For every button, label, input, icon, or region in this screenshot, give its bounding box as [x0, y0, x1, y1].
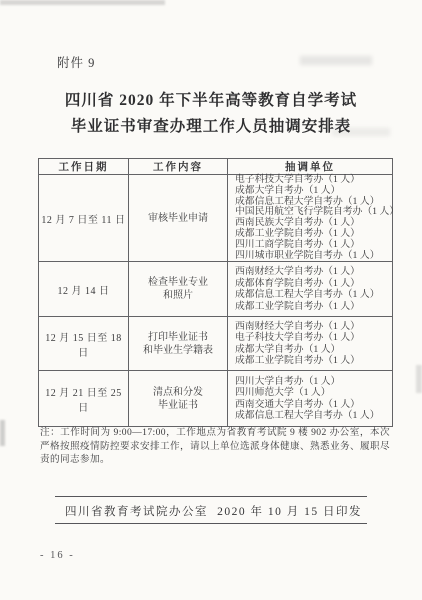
content-line: 审核毕业申请 [129, 212, 227, 225]
work-content-cell: 检查毕业专业和照片 [129, 262, 228, 317]
footer-rule-top [55, 496, 367, 497]
print-date: 2020 年 10 月 15 日印发 [217, 503, 362, 519]
header-work-content: 工作内容 [129, 159, 228, 175]
content-line: 毕业证书 [129, 399, 227, 412]
units-cell: 电子科技大学自考办（1 人）成都大学自考办（1 人）成都信息工程大学自考办（1 … [228, 175, 393, 262]
table-row: 12 月 7 日至 11 日 审核毕业申请 电子科技大学自考办（1 人）成都大学… [39, 175, 393, 262]
content-line: 和毕业生学籍表 [129, 344, 227, 357]
unit-line: 成都工业学院自考办（1 人） [235, 301, 392, 313]
content-line: 和照片 [129, 289, 227, 302]
unit-line: 西南交通大学自考办（1 人） [235, 399, 392, 411]
unit-line: 成都大学自考办（1 人） [235, 186, 392, 197]
content-line: 打印毕业证书 [129, 331, 227, 344]
issuer-name: 四川省教育考试院办公室 [65, 503, 208, 519]
content-line: 清点和分发 [129, 386, 227, 399]
table-row: 12 月 14 日 检查毕业专业和照片 西南财经大学自考办（1 人）成都体育学院… [39, 262, 393, 317]
scan-artifact [300, 56, 372, 65]
table-header-row: 工作日期 工作内容 抽调单位 [39, 159, 393, 175]
document-title: 四川省 2020 年下半年高等教育自学考试 毕业证书审查办理工作人员抽调安排表 [0, 88, 422, 140]
schedule-table: 工作日期 工作内容 抽调单位 12 月 7 日至 11 日 审核毕业申请 电子科… [38, 158, 393, 427]
unit-line: 成都体育学院自考办（1 人） [235, 278, 392, 290]
work-content-cell: 清点和分发毕业证书 [129, 371, 228, 427]
content-line: 检查毕业专业 [129, 276, 227, 289]
footer-rule-bottom [55, 523, 367, 524]
header-work-date: 工作日期 [39, 159, 129, 175]
title-line-2: 毕业证书审查办理工作人员抽调安排表 [0, 114, 422, 140]
note-text: 注：工作时间为 9:00—17:00，工作地点为省教育考试院 9 楼 902 办… [40, 426, 390, 467]
units-cell: 四川大学自考办（1 人）四川师范大学（1 人）西南交通大学自考办（1 人）成都信… [228, 371, 393, 427]
unit-line: 西南财经大学自考办（1 人） [235, 266, 392, 278]
unit-line: 四川城市职业学院自考办（1 人） [235, 251, 392, 262]
title-line-1: 四川省 2020 年下半年高等教育自学考试 [0, 88, 422, 114]
work-date-cell: 12 月 15 日至 18 日 [39, 317, 129, 371]
units-cell: 西南财经大学自考办（1 人）成都体育学院自考办（1 人）成都信息工程大学自考办（… [228, 262, 393, 317]
page-number: - 16 - [40, 550, 75, 561]
table-row: 12 月 21 日至 25 日 清点和分发毕业证书 四川大学自考办（1 人）四川… [39, 371, 393, 427]
scan-artifact [416, 365, 422, 393]
table-row: 12 月 15 日至 18 日 打印毕业证书和毕业生学籍表 西南财经大学自考办（… [39, 317, 393, 371]
unit-line: 四川师范大学（1 人） [235, 387, 392, 399]
header-units: 抽调单位 [228, 159, 393, 175]
footer: 四川省教育考试院办公室 2020 年 10 月 15 日印发 [65, 503, 362, 519]
unit-line: 成都信息工程大学自考办（1 人） [235, 289, 392, 301]
scan-artifact [0, 420, 5, 446]
work-content-cell: 打印毕业证书和毕业生学籍表 [129, 317, 228, 371]
unit-line: 四川工商学院自考办（1 人） [235, 240, 392, 251]
attachment-label: 附件 9 [57, 53, 95, 71]
document-page: 附件 9 四川省 2020 年下半年高等教育自学考试 毕业证书审查办理工作人员抽… [0, 0, 422, 600]
work-date-cell: 12 月 14 日 [39, 262, 129, 317]
units-cell: 西南财经大学自考办（1 人）电子科技大学自考办（1 人）成都大学自考办（1 人）… [228, 317, 393, 371]
unit-line: 西南财经大学自考办（1 人） [235, 321, 392, 333]
unit-line: 成都信息工程大学自考办（1 人） [235, 410, 392, 422]
unit-line: 四川大学自考办（1 人） [235, 376, 392, 388]
work-content-cell: 审核毕业申请 [129, 175, 228, 262]
unit-line: 成都工业学院自考办（1 人） [235, 355, 392, 367]
scan-artifact [0, 0, 165, 5]
unit-line: 成都大学自考办（1 人） [235, 344, 392, 356]
work-date-cell: 12 月 21 日至 25 日 [39, 371, 129, 427]
unit-line: 电子科技大学自考办（1 人） [235, 332, 392, 344]
work-date-cell: 12 月 7 日至 11 日 [39, 175, 129, 262]
